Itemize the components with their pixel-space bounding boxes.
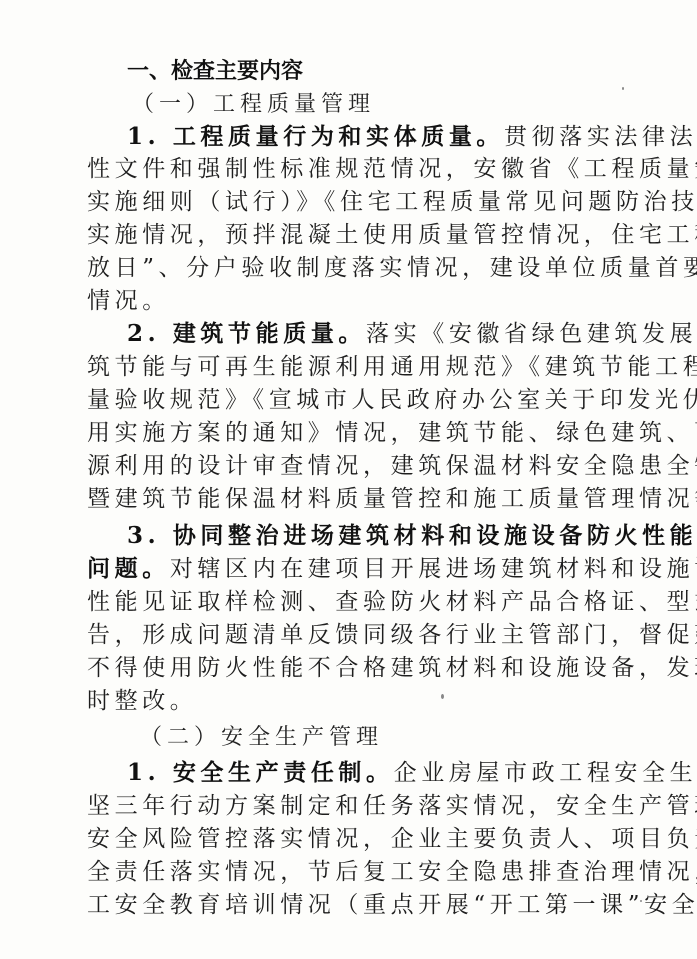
paragraph-line: 性文件和强制性标准规范情况，安徽省《工程质量安全手册 <box>87 153 619 185</box>
paragraph-line: 工安全教育培训情况（重点开展“开工第一课”安全教育培训， <box>87 889 619 921</box>
paragraph-line: 源利用的设计审查情况，建筑保温材料安全隐患全链条整治 <box>87 450 619 482</box>
paragraph-line: 告，形成问题清单反馈同级各行业主管部门，督促建设单位 <box>87 619 619 651</box>
subsection-heading-quality: （一）工程质量管理 <box>132 89 375 121</box>
paragraph-line: 筑节能与可再生能源利用通用规范》《建筑节能工程施工质 <box>87 351 619 383</box>
paragraph-line: 全责任落实情况，节后复工安全隐患排查治理情况，节后复 <box>87 856 619 888</box>
paragraph-line: 1. 工程质量行为和实体质量。贯彻落实法律法规、规范 <box>127 121 619 153</box>
subsection-heading-safety: （二）安全生产管理 <box>140 722 383 754</box>
paragraph-line: 实施情况，预拌混凝土使用质量管控情况，住宅工程“业主开 <box>87 219 619 251</box>
paragraph-line: 用实施方案的通知》情况，建筑节能、绿色建筑、可再生能 <box>87 417 619 449</box>
paragraph-line: 安全风险管控落实情况，企业主要负责人、项目负责人等安 <box>87 823 619 855</box>
scan-speck <box>622 87 624 90</box>
paragraph-line: 不得使用防火性能不合格建筑材料和设施设备，发现问题及 <box>87 652 619 684</box>
paragraph-line: 坚三年行动方案制定和任务落实情况，安全生产管理制度及 <box>87 790 619 822</box>
paragraph-line: 1. 安全生产责任制。企业房屋市政工程安全生产治本攻 <box>127 757 619 789</box>
item-title-quality-behavior: 1. 工程质量行为和实体质量。 <box>127 123 504 150</box>
item-title-safety-responsibility: 1. 安全生产责任制。 <box>127 759 394 786</box>
paragraph-line: 情况。 <box>87 285 619 317</box>
paragraph-line: 实施细则（试行）》《住宅工程质量常见问题防治技术规程》 <box>87 186 619 218</box>
paragraph-line: 问题。对辖区内在建项目开展进场建筑材料和设施设备防火 <box>87 553 619 585</box>
item-title-fire-safety: 3. 协同整治进场建筑材料和设施设备防火性能不合格 <box>127 520 619 552</box>
paragraph-line: 量验收规范》《宣城市人民政府办公室关于印发光伏建筑应 <box>87 384 619 416</box>
paragraph-line: 暨建筑节能保温材料质量管控和施工质量管理情况等。 <box>87 483 619 515</box>
paragraph-line: 时整改。 <box>87 685 619 717</box>
paragraph-line: 放日”、分户验收制度落实情况，建设单位质量首要责任落实 <box>87 252 619 284</box>
paragraph-line: 2. 建筑节能质量。落实《安徽省绿色建筑发展条例》《建 <box>127 318 619 350</box>
item-title-energy: 2. 建筑节能质量。 <box>127 320 366 347</box>
scan-speck <box>441 694 444 699</box>
section-heading: 一、检查主要内容 <box>127 56 303 88</box>
document-page: 一、检查主要内容 （一）工程质量管理 1. 工程质量行为和实体质量。贯彻落实法律… <box>0 0 697 959</box>
paragraph-line: 性能见证取样检测、查验防火材料产品合格证、型式检验报 <box>87 586 619 618</box>
scan-speck <box>640 900 642 902</box>
